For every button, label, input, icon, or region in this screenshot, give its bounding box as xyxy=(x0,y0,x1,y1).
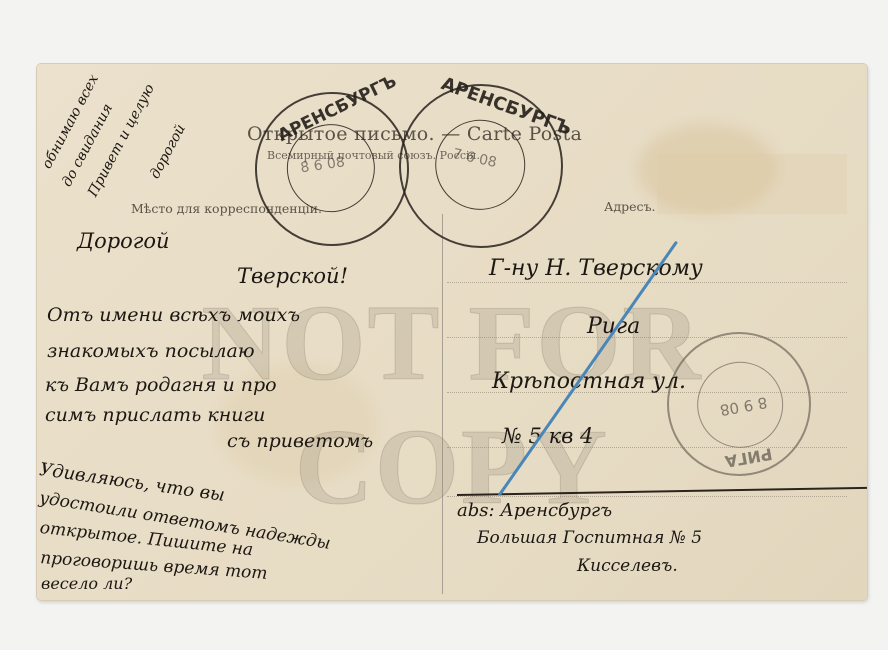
message-line: Тверской! xyxy=(237,264,348,288)
address-line-text: Крѣпостная ул. xyxy=(492,369,686,394)
postmark: АРЕНСБУРГЪ 7 6 08 xyxy=(384,69,579,264)
address-label: Адресъ. xyxy=(604,199,656,214)
message-line: знакомыхъ посылаю xyxy=(47,340,255,362)
sender-line: abs: Аренсбургъ xyxy=(457,500,612,521)
sender-line: Большая Госпитная № 5 xyxy=(477,528,702,548)
margin-note: дорогой xyxy=(147,122,189,182)
message-line: симъ прислать книги xyxy=(45,404,265,426)
message-line: Дорогой xyxy=(77,229,170,253)
postmark-town: РИГА xyxy=(723,444,773,471)
stamp-area xyxy=(657,154,847,214)
address-line-text: Рига xyxy=(587,314,640,339)
message-line: къ Вамъ родагня и про xyxy=(45,374,277,396)
message-line: весело ли? xyxy=(41,574,132,593)
sender-line: Кисселевъ. xyxy=(577,556,678,576)
message-line: Отъ имени всѣхъ моихъ xyxy=(47,304,300,326)
postcard: Открытое письмо. — Carte Posta Всемирный… xyxy=(37,64,867,600)
message-line: съ приветомъ xyxy=(227,430,373,452)
postmark: АРЕНСБУРГЪ 8 6 08 xyxy=(245,82,419,256)
address-line-text: Г-ну Н. Тверскому xyxy=(489,256,703,281)
